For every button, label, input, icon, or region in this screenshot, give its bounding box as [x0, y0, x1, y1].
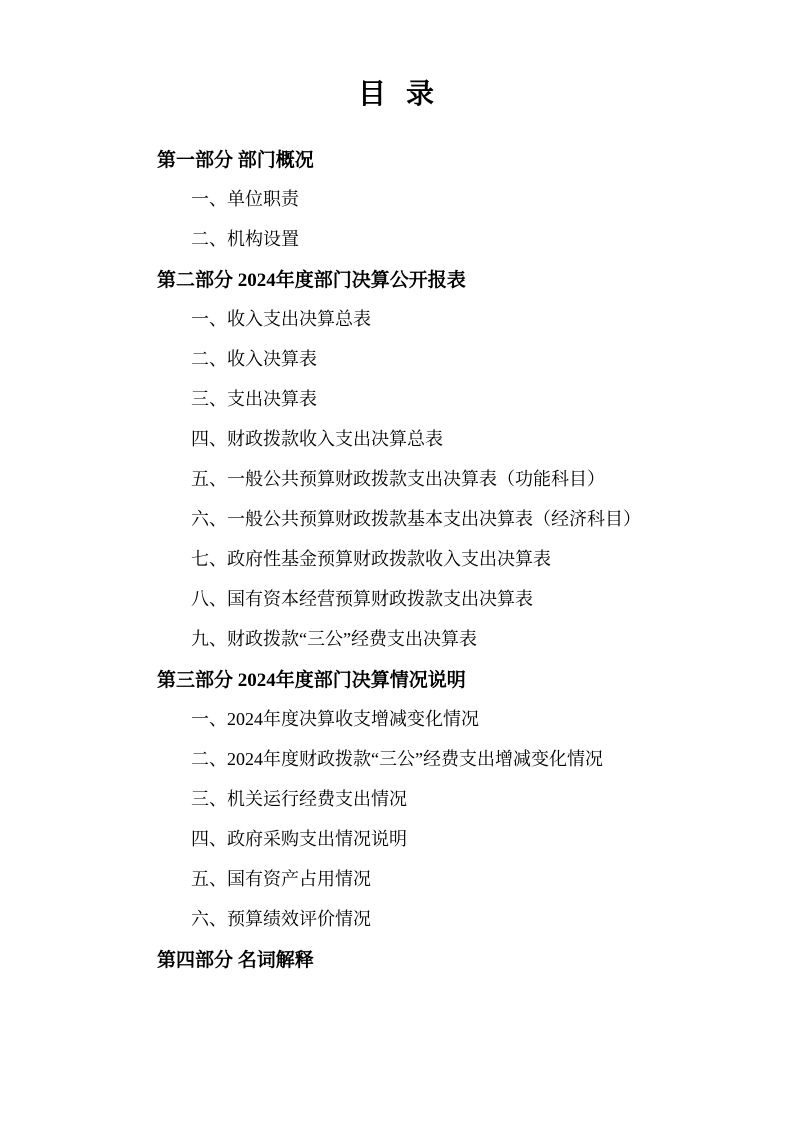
toc-item: 三、支出决算表 — [0, 378, 794, 418]
toc-item: 二、2024年度财政拨款“三公”经费支出增减变化情况 — [0, 738, 794, 778]
toc-item: 六、预算绩效评价情况 — [0, 898, 794, 938]
toc-item: 一、2024年度决算收支增减变化情况 — [0, 698, 794, 738]
toc-item: 九、财政拨款“三公”经费支出决算表 — [0, 618, 794, 658]
toc-item: 四、财政拨款收入支出决算总表 — [0, 418, 794, 458]
table-of-contents: 第一部分 部门概况 一、单位职责 二、机构设置 第二部分 2024年度部门决算公… — [0, 138, 794, 978]
toc-section-heading-3: 第三部分 2024年度部门决算情况说明 — [0, 658, 794, 698]
toc-item: 五、国有资产占用情况 — [0, 858, 794, 898]
toc-item: 三、机关运行经费支出情况 — [0, 778, 794, 818]
toc-item: 五、一般公共预算财政拨款支出决算表（功能科目） — [0, 458, 794, 498]
toc-item: 八、国有资本经营预算财政拨款支出决算表 — [0, 578, 794, 618]
toc-item: 四、政府采购支出情况说明 — [0, 818, 794, 858]
toc-item: 七、政府性基金预算财政拨款收入支出决算表 — [0, 538, 794, 578]
toc-item: 二、收入决算表 — [0, 338, 794, 378]
document-page: 目 录 第一部分 部门概况 一、单位职责 二、机构设置 第二部分 2024年度部… — [0, 0, 794, 1123]
toc-item: 一、单位职责 — [0, 178, 794, 218]
toc-section-heading-1: 第一部分 部门概况 — [0, 138, 794, 178]
toc-section-heading-2: 第二部分 2024年度部门决算公开报表 — [0, 258, 794, 298]
toc-item: 一、收入支出决算总表 — [0, 298, 794, 338]
toc-section-heading-4: 第四部分 名词解释 — [0, 938, 794, 978]
document-title: 目 录 — [0, 80, 794, 110]
toc-item: 二、机构设置 — [0, 218, 794, 258]
toc-item: 六、一般公共预算财政拨款基本支出决算表（经济科目） — [0, 498, 794, 538]
